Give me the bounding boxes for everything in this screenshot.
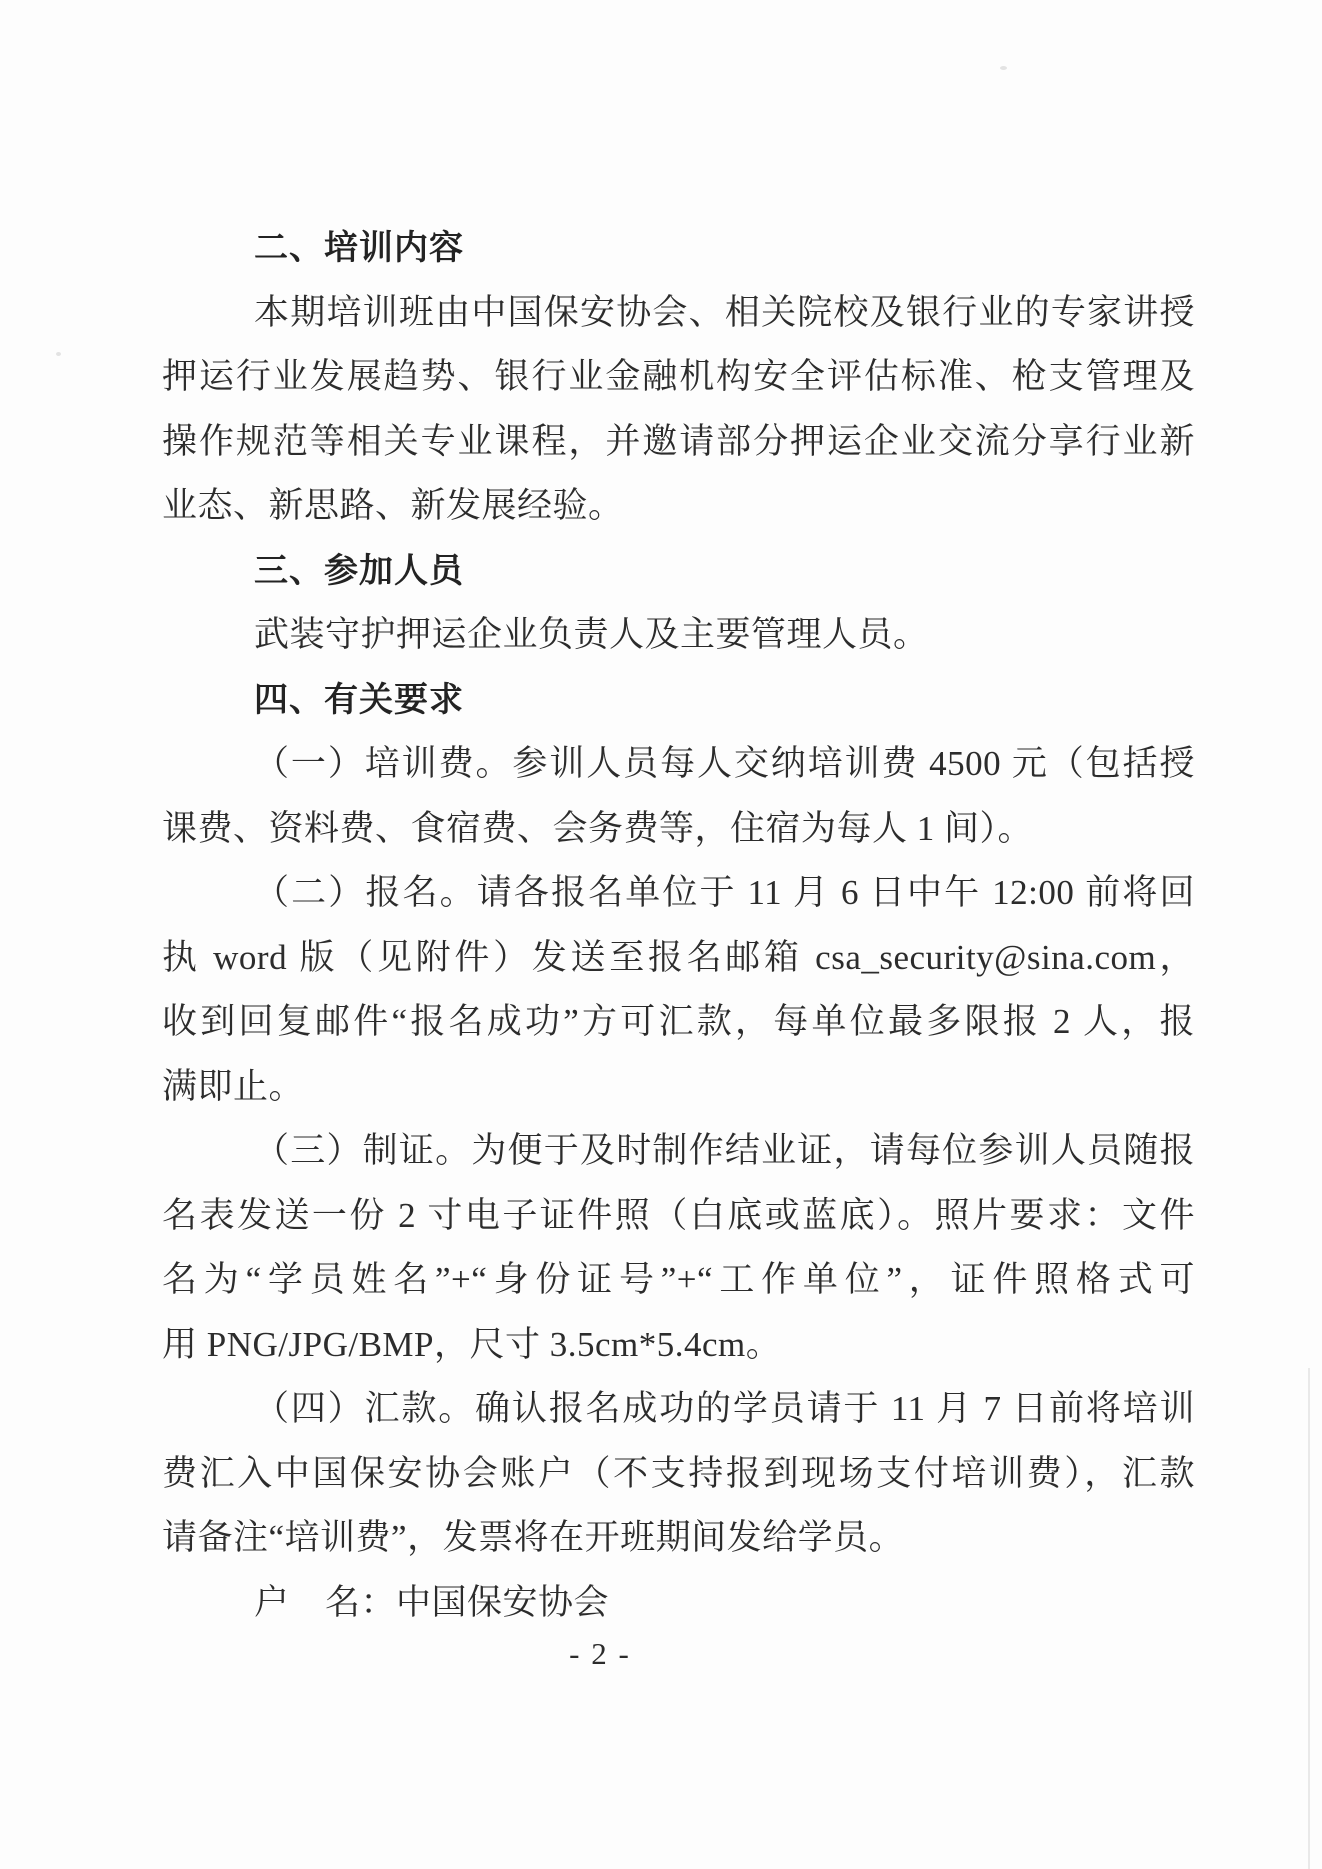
document-text-block: 二、培训内容 本期培训班由中国保安协会、相关院校及银行业的专家讲授 押运行业发展… bbox=[162, 216, 1195, 1635]
paragraph-line: 满即止。 bbox=[162, 1055, 1195, 1120]
paragraph-line-registration: （二）报名。请各报名单位于 11 月 6 日中午 12:00 前将回 bbox=[162, 861, 1195, 926]
page-number: - 2 - bbox=[0, 1634, 1200, 1674]
scan-artifact-dot bbox=[56, 352, 61, 356]
paragraph-line-certificate: （三）制证。为便于及时制作结业证，请每位参训人员随报 bbox=[162, 1119, 1195, 1184]
section-heading-training-content: 二、培训内容 bbox=[162, 216, 1195, 281]
paragraph-line: 名表发送一份 2 寸电子证件照（白底或蓝底）。照片要求：文件 bbox=[162, 1184, 1195, 1249]
scan-artifact-streak bbox=[1308, 1368, 1310, 1869]
paragraph-line: 名为“学员姓名”+“身份证号”+“工作单位”，证件照格式可 bbox=[162, 1248, 1195, 1313]
paragraph-line: 业态、新思路、新发展经验。 bbox=[162, 474, 1195, 539]
document-page: 二、培训内容 本期培训班由中国保安协会、相关院校及银行业的专家讲授 押运行业发展… bbox=[0, 0, 1322, 1869]
paragraph-line: 武装守护押运企业负责人及主要管理人员。 bbox=[162, 603, 1195, 668]
paragraph-line: 操作规范等相关专业课程，并邀请部分押运企业交流分享行业新 bbox=[162, 410, 1195, 475]
paragraph-line: 费汇入中国保安协会账户（不支持报到现场支付培训费），汇款 bbox=[162, 1442, 1195, 1507]
section-heading-requirements: 四、有关要求 bbox=[162, 668, 1195, 733]
paragraph-line: 用 PNG/JPG/BMP，尺寸 3.5cm*5.4cm。 bbox=[162, 1313, 1195, 1378]
paragraph-line-remittance: （四）汇款。确认报名成功的学员请于 11 月 7 日前将培训 bbox=[162, 1377, 1195, 1442]
paragraph-line-email: 执 word 版（见附件）发送至报名邮箱 csa_security@sina.c… bbox=[162, 926, 1195, 991]
paragraph-line: 请备注“培训费”，发票将在开班期间发给学员。 bbox=[162, 1506, 1195, 1571]
paragraph-line: 押运行业发展趋势、银行业金融机构安全评估标准、枪支管理及 bbox=[162, 345, 1195, 410]
paragraph-line: 收到回复邮件“报名成功”方可汇款，每单位最多限报 2 人，报 bbox=[162, 990, 1195, 1055]
paragraph-line: 本期培训班由中国保安协会、相关院校及银行业的专家讲授 bbox=[162, 281, 1195, 346]
paragraph-line-account-name: 户 名：中国保安协会 bbox=[162, 1571, 1195, 1636]
section-heading-participants: 三、参加人员 bbox=[162, 539, 1195, 604]
paragraph-line: 课费、资料费、食宿费、会务费等，住宿为每人 1 间）。 bbox=[162, 797, 1195, 862]
paragraph-line-fee: （一）培训费。参训人员每人交纳培训费 4500 元（包括授 bbox=[162, 732, 1195, 797]
scan-artifact-dot bbox=[1000, 66, 1007, 70]
